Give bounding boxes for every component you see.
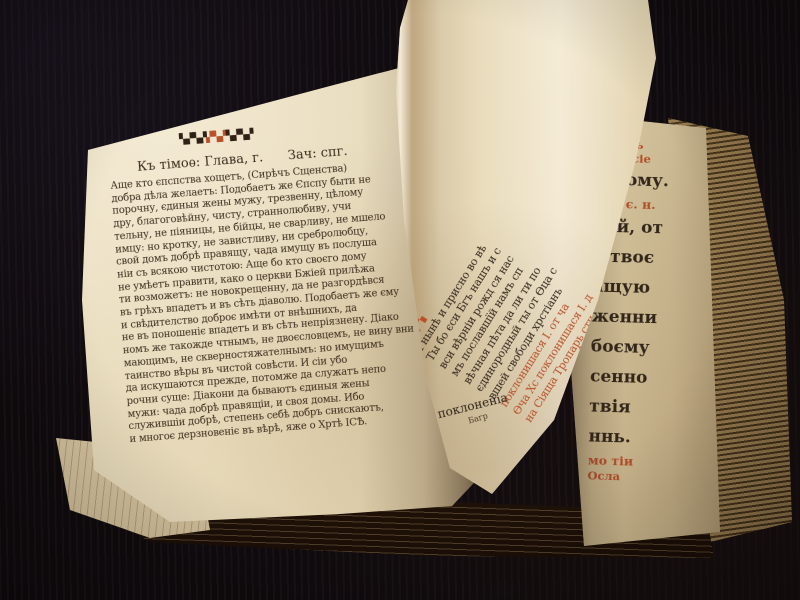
photo-antique-book-scene: ше. танитъ ща и сіе шному. Мо: є. н. бой… xyxy=(0,0,800,600)
leaf-bottom-inscription-small: Багр xyxy=(467,411,489,425)
